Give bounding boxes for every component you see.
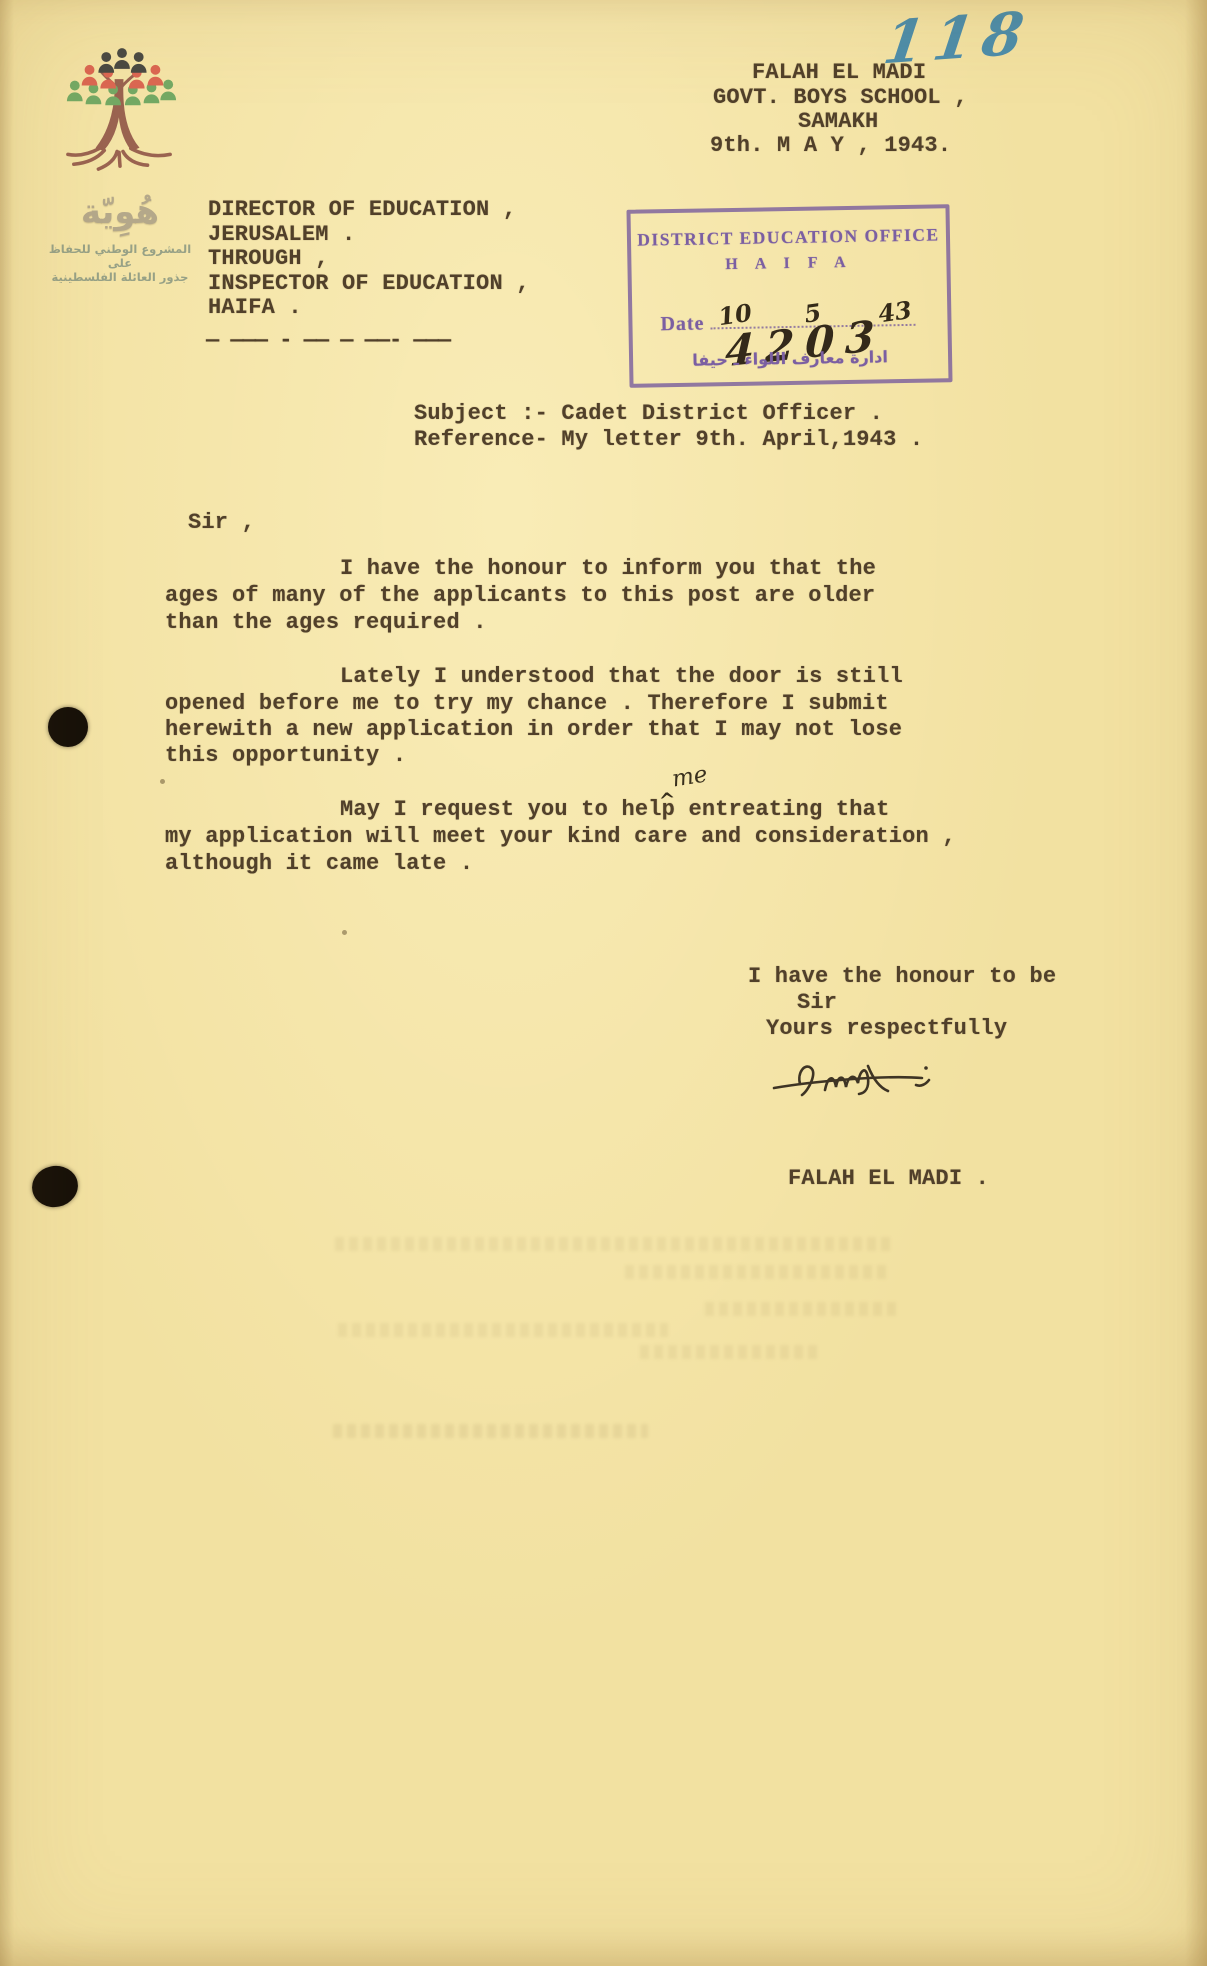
logo-tagline-line1: المشروع الوطني للحفاظ على [40, 242, 200, 270]
bleed-through-ghost [625, 1265, 890, 1279]
stamp-city: H A I F A [631, 252, 946, 275]
body-line: Lately I understood that the door is sti… [340, 664, 903, 690]
bleed-through-ghost [338, 1323, 668, 1337]
recipient-line-haifa: HAIFA . [208, 295, 302, 321]
recipient-line-jerusalem: JERUSALEM . [208, 222, 355, 248]
archive-logo: هُوِيّة المشروع الوطني للحفاظ على جذور ا… [40, 30, 210, 290]
logo-tagline: المشروع الوطني للحفاظ على جذور العائلة ا… [40, 242, 200, 284]
body-line: than the ages required . [165, 610, 487, 636]
bleed-through-ghost [335, 1237, 890, 1251]
recipient-line-through: THROUGH , [208, 246, 329, 272]
recipient-line-inspector: INSPECTOR OF EDUCATION , [208, 271, 530, 297]
sender-town-line: SAMAKH [798, 109, 878, 135]
bleed-through-ghost [640, 1345, 820, 1359]
logo-wordmark-arabic: هُوِيّة [60, 192, 180, 232]
closing-honour-line: I have the honour to be [748, 964, 1056, 990]
bleed-through-ghost [333, 1424, 648, 1438]
signature-scrawl [770, 1048, 955, 1115]
punch-hole-icon [48, 707, 88, 747]
body-line: I have the honour to inform you that the [340, 556, 876, 582]
sender-name-line: FALAH EL MADI [752, 60, 926, 86]
bleed-through-ghost [705, 1302, 900, 1316]
reference-line: Reference- My letter 9th. April,1943 . [414, 427, 923, 453]
body-line: ages of many of the applicants to this p… [165, 583, 875, 609]
letter-date-line: 9th. M A Y , 1943. [710, 133, 951, 159]
ink-speck [160, 779, 165, 784]
closing-respect-line: Yours respectfully [766, 1016, 1007, 1042]
stamp-arabic-caption: ادارة معارف اللواء ـ حيفا [645, 346, 935, 370]
recipient-line-director: DIRECTOR OF EDUCATION , [208, 197, 516, 223]
body-line: although it came late . [165, 851, 473, 877]
sender-school-line: GOVT. BOYS SCHOOL , [713, 85, 968, 111]
body-line: opened before me to try my chance . Ther… [165, 691, 889, 717]
people-tree-icon [62, 44, 180, 192]
logo-tagline-line2: جذور العائلة الفلسطينية [40, 270, 200, 284]
stamp-date-label: Date [660, 312, 704, 335]
body-line: May I request you to help entreating tha… [340, 797, 890, 823]
body-line: herewith a new application in order that… [165, 717, 902, 743]
stamp-office-name: DISTRICT EDUCATION OFFICE [631, 224, 946, 250]
typed-signature-name: FALAH EL MADI . [788, 1166, 989, 1192]
handwritten-insertion-text: me [670, 761, 709, 792]
recipient-underline: — ——— - —— — ——- ——— [206, 328, 450, 354]
closing-sir-line: Sir [797, 990, 837, 1016]
body-line: my application will meet your kind care … [165, 824, 956, 850]
body-line: this opportunity . [165, 743, 406, 769]
scanned-letter-page: هُوِيّة المشروع الوطني للحفاظ على جذور ا… [0, 0, 1207, 1966]
salutation: Sir , [188, 510, 255, 536]
received-stamp: DISTRICT EDUCATION OFFICE H A I F A Date… [626, 204, 952, 388]
punch-hole-icon [28, 1162, 82, 1212]
subject-line: Subject :- Cadet District Officer . [414, 401, 883, 427]
ink-speck [342, 930, 347, 935]
